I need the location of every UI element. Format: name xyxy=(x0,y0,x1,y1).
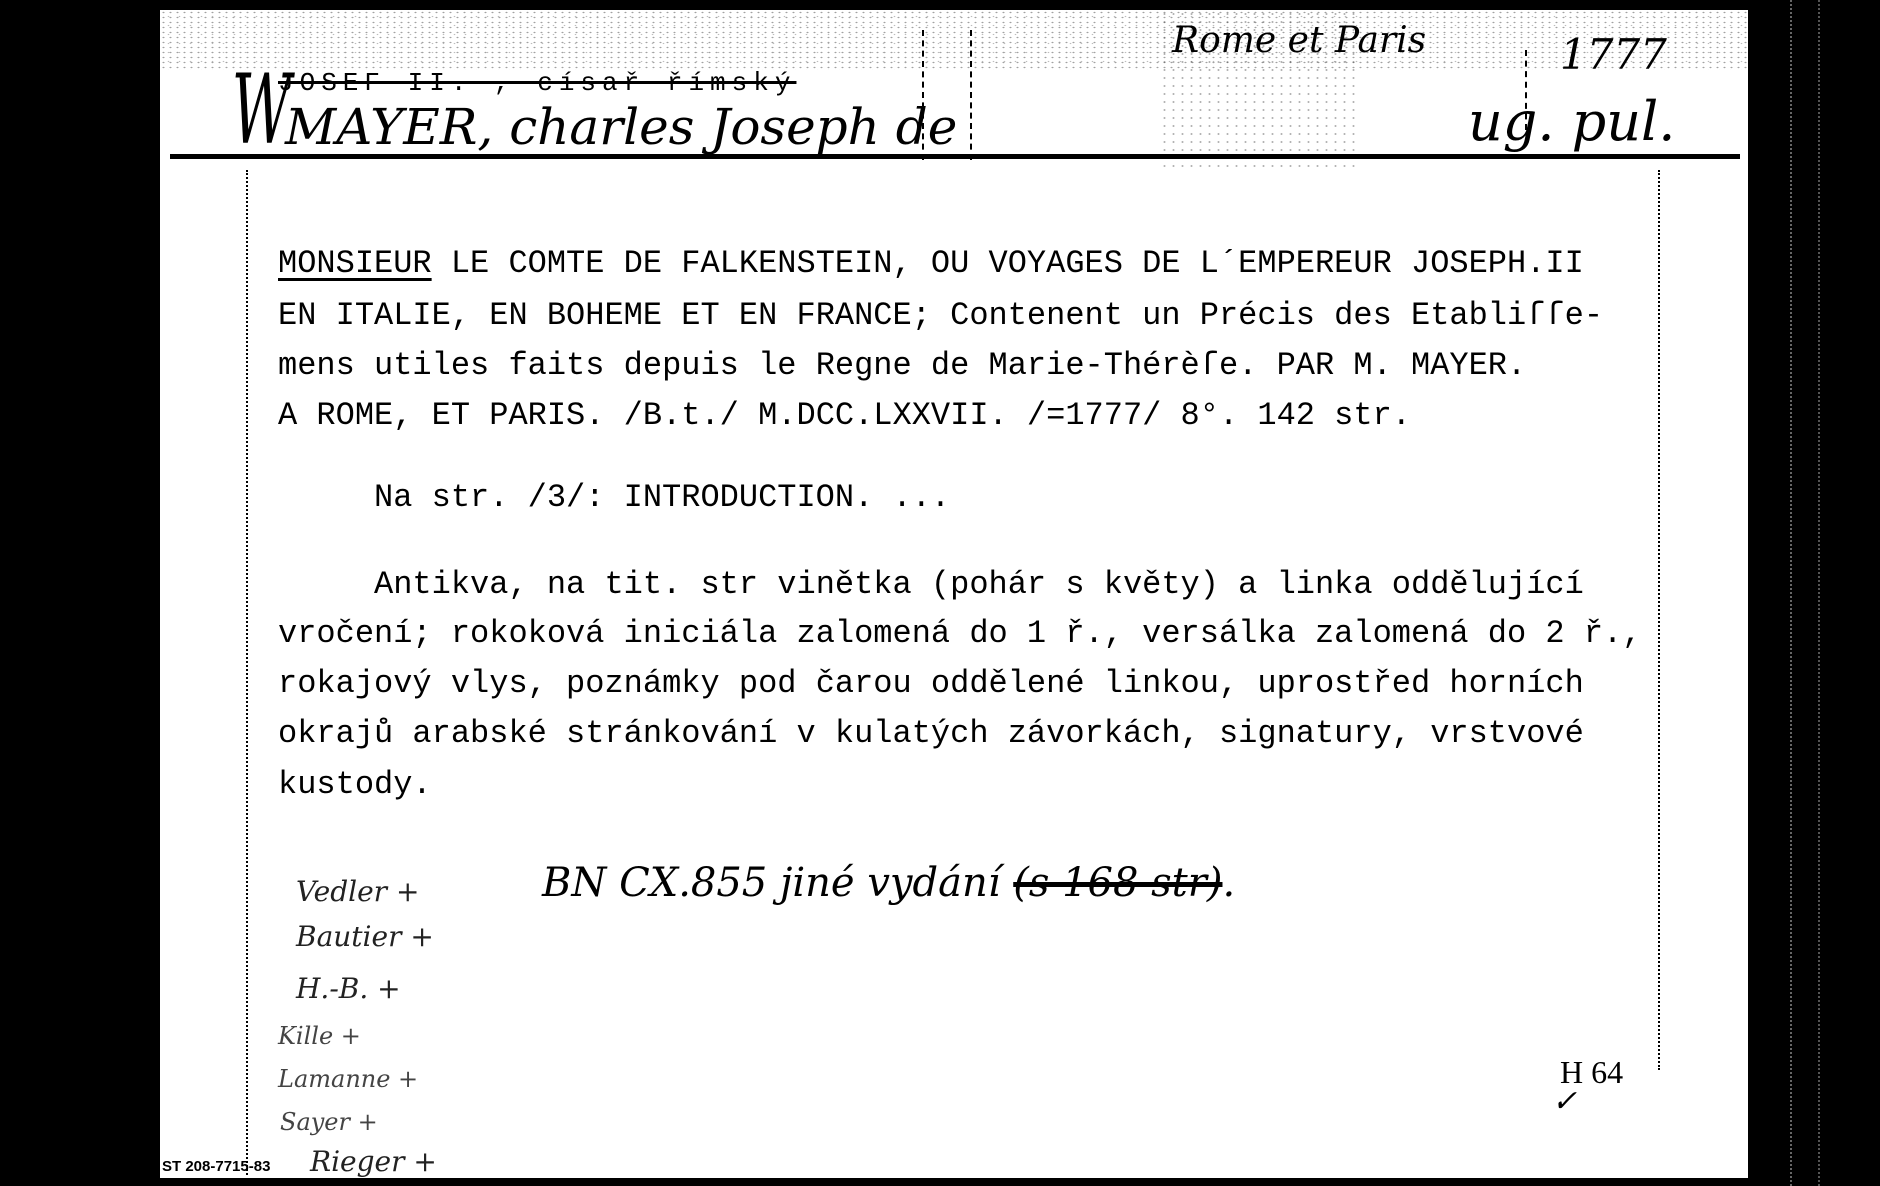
description-line: kustody. xyxy=(278,769,432,801)
year-handwritten: 1777 xyxy=(1560,30,1667,79)
title-line: MONSIEUR LE COMTE DE FALKENSTEIN, OU VOY… xyxy=(278,248,1584,280)
card-stamp: ST 208-7715-83 xyxy=(162,1158,270,1175)
note-handwritten: ug. pul. xyxy=(1468,90,1675,153)
description-line: vročení; rokoková iniciála zalomená do 1… xyxy=(278,618,1641,650)
place-handwritten: Rome et Paris xyxy=(1172,20,1426,61)
bn-note-end: . xyxy=(1222,860,1235,906)
imprint-line: A ROME, ET PARIS. /B.t./ M.DCC.LXXVII. /… xyxy=(278,400,1411,432)
scan-artifact xyxy=(1818,0,1822,1186)
checkmark-icon: ✓ xyxy=(1552,1084,1577,1119)
checklist-item: Kille + xyxy=(278,1022,361,1050)
struck-heading: JOSEF II. , císař římský xyxy=(278,68,796,98)
title-line-text: LE COMTE DE FALKENSTEIN, OU VOYAGES DE L… xyxy=(432,245,1584,282)
scan-noise xyxy=(160,10,1748,70)
description-line: rokajový vlys, poznámky pod čarou odděle… xyxy=(278,668,1584,700)
bn-note: BN CX.855 jiné vydání (s 168 str). xyxy=(542,860,1235,906)
author-heading: MAYER, charles Joseph de xyxy=(285,98,957,156)
intro-line: Na str. /3/: INTRODUCTION. ... xyxy=(374,482,950,514)
scan-artifact xyxy=(1790,0,1794,1186)
checklist-item: Rieger + xyxy=(310,1145,437,1178)
bn-note-struck: (s 168 str) xyxy=(1013,860,1222,906)
description-line: Antikva, na tit. str vinětka (pohár s kv… xyxy=(278,569,1584,601)
fold-mark xyxy=(922,30,924,160)
fold-mark xyxy=(970,30,972,160)
description-line: okrajů arabské stránkování v kulatých zá… xyxy=(278,718,1584,750)
title-line: mens utiles faits depuis le Regne de Mar… xyxy=(278,350,1526,382)
right-margin-line xyxy=(1658,170,1660,1070)
checklist-item: H.-B. + xyxy=(296,972,401,1005)
catalog-card: W JOSEF II. , císař římský MAYER, charle… xyxy=(160,10,1748,1178)
bn-note-text: BN CX.855 jiné vydání xyxy=(542,860,1001,906)
fold-mark xyxy=(1525,50,1527,130)
checklist-item: Vedler + xyxy=(296,875,419,908)
checklist-item: Sayer + xyxy=(280,1108,378,1136)
checklist-item: Lamanne + xyxy=(278,1065,418,1093)
left-margin-line xyxy=(246,170,248,1175)
title-line: EN ITALIE, EN BOHEME ET EN FRANCE; Conte… xyxy=(278,300,1603,332)
header-rule xyxy=(170,154,1740,159)
checklist-item: Bautier + xyxy=(296,920,434,953)
title-underlined-word: MONSIEUR xyxy=(278,245,432,282)
